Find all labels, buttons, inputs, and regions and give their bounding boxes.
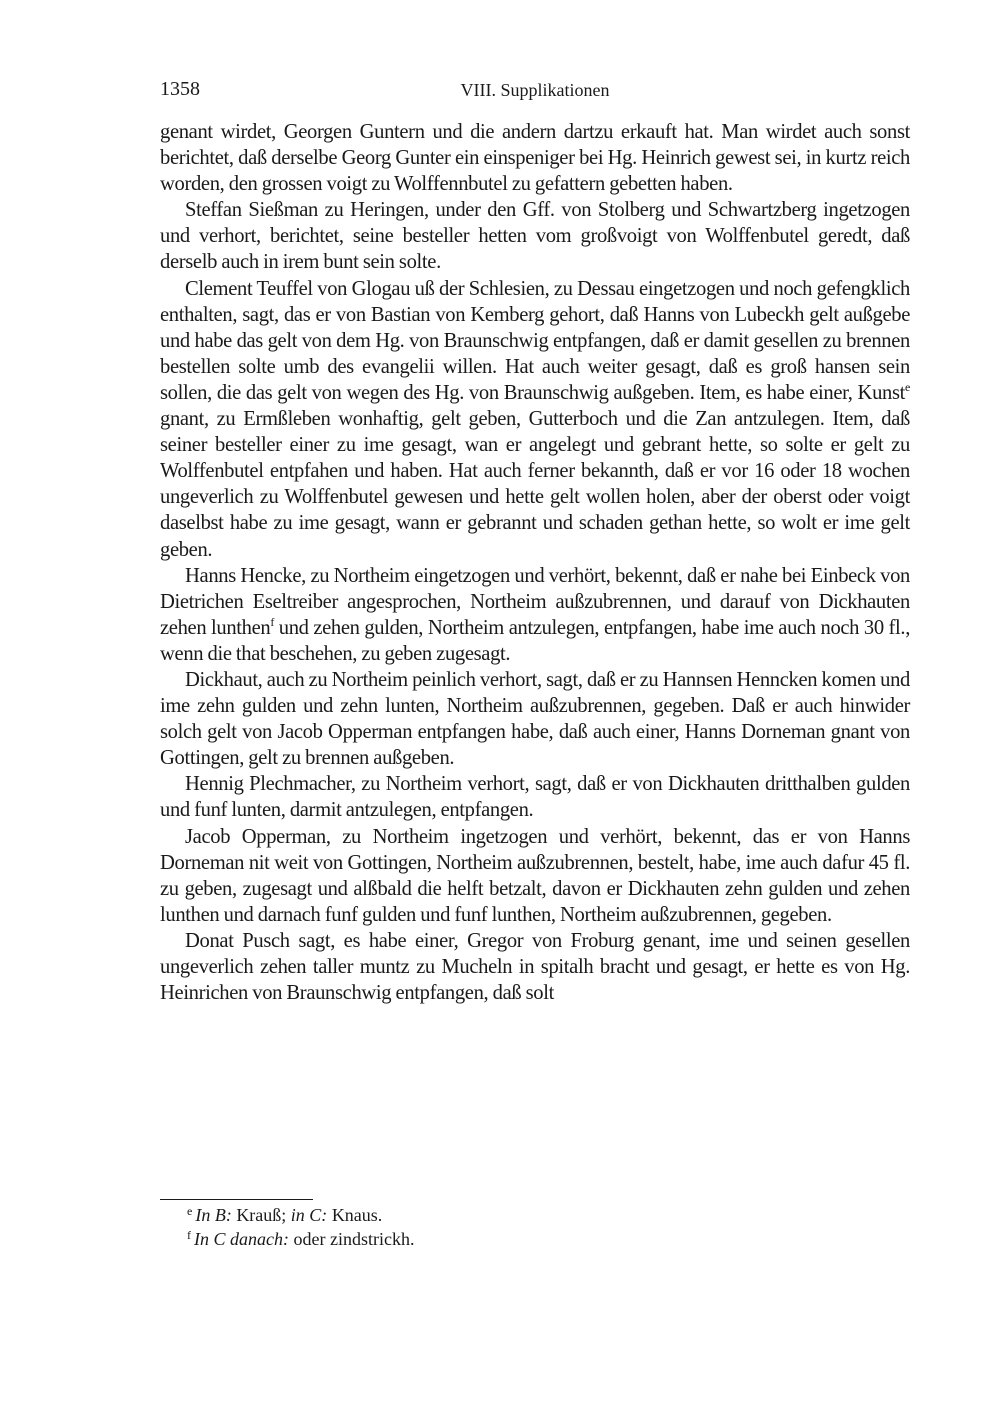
footnote-text: Knaus. xyxy=(327,1205,382,1225)
footnote-italic: In B: xyxy=(195,1205,231,1225)
footnote-rule xyxy=(160,1199,313,1200)
paragraph-hencke: Hanns Hencke, zu Northeim eingetzogen un… xyxy=(160,563,910,667)
body-text: genant wirdet, Georgen Guntern und die a… xyxy=(160,119,910,1006)
paragraph-sießman: Steffan Sießman zu Heringen, under den G… xyxy=(160,197,910,275)
paragraph-dickhaut: Dickhaut, auch zu Northeim peinlich verh… xyxy=(160,667,910,771)
paragraph-pusch: Donat Pusch sagt, es habe einer, Gregor … xyxy=(160,928,910,1006)
paragraph-text: Steffan Sießman zu Heringen, under den G… xyxy=(160,199,910,273)
paragraph-text: Donat Pusch sagt, es habe einer, Gregor … xyxy=(160,930,910,1004)
footnote-text: Krauß; xyxy=(232,1205,291,1225)
paragraph-text: Clement Teuffel von Glogau uß der Schles… xyxy=(160,278,910,404)
footnote-mark: f xyxy=(187,1228,191,1242)
footnote-f: fIn C danach: oder zindstrickh. xyxy=(160,1227,910,1251)
running-head: 1358 VIII. Supplikationen xyxy=(160,78,910,108)
paragraph-opperman: Jacob Opperman, zu Northeim ingetzogen u… xyxy=(160,824,910,928)
paragraph-text: genant wirdet, Georgen Guntern und die a… xyxy=(160,121,910,195)
footnote-mark: e xyxy=(187,1204,192,1218)
paragraph-text: Dickhaut, auch zu Northeim peinlich verh… xyxy=(160,669,910,769)
footnote-italic: in C: xyxy=(291,1205,328,1225)
footnote-text: oder zindstrickh. xyxy=(289,1229,414,1249)
footnote-italic: In C danach: xyxy=(194,1229,289,1249)
paragraph-continued: genant wirdet, Georgen Guntern und die a… xyxy=(160,119,910,197)
section-title: VIII. Supplikationen xyxy=(160,80,910,101)
paragraph-plechmacher: Hennig Plechmacher, zu Northeim verhort,… xyxy=(160,771,910,823)
paragraph-teuffel: Clement Teuffel von Glogau uß der Schles… xyxy=(160,276,910,563)
footnotes: eIn B: Krauß; in C: Knaus. fIn C danach:… xyxy=(160,1203,910,1251)
paragraph-text: gnant, zu Ermßleben wonhaftig, gelt gebe… xyxy=(160,408,910,560)
paragraph-text: Jacob Opperman, zu Northeim ingetzogen u… xyxy=(160,826,910,926)
page: 1358 VIII. Supplikationen genant wirdet,… xyxy=(160,78,910,1006)
footnote-ref-e[interactable]: e xyxy=(905,380,910,394)
paragraph-text: Hennig Plechmacher, zu Northeim verhort,… xyxy=(160,773,910,821)
footnote-e: eIn B: Krauß; in C: Knaus. xyxy=(160,1203,910,1227)
